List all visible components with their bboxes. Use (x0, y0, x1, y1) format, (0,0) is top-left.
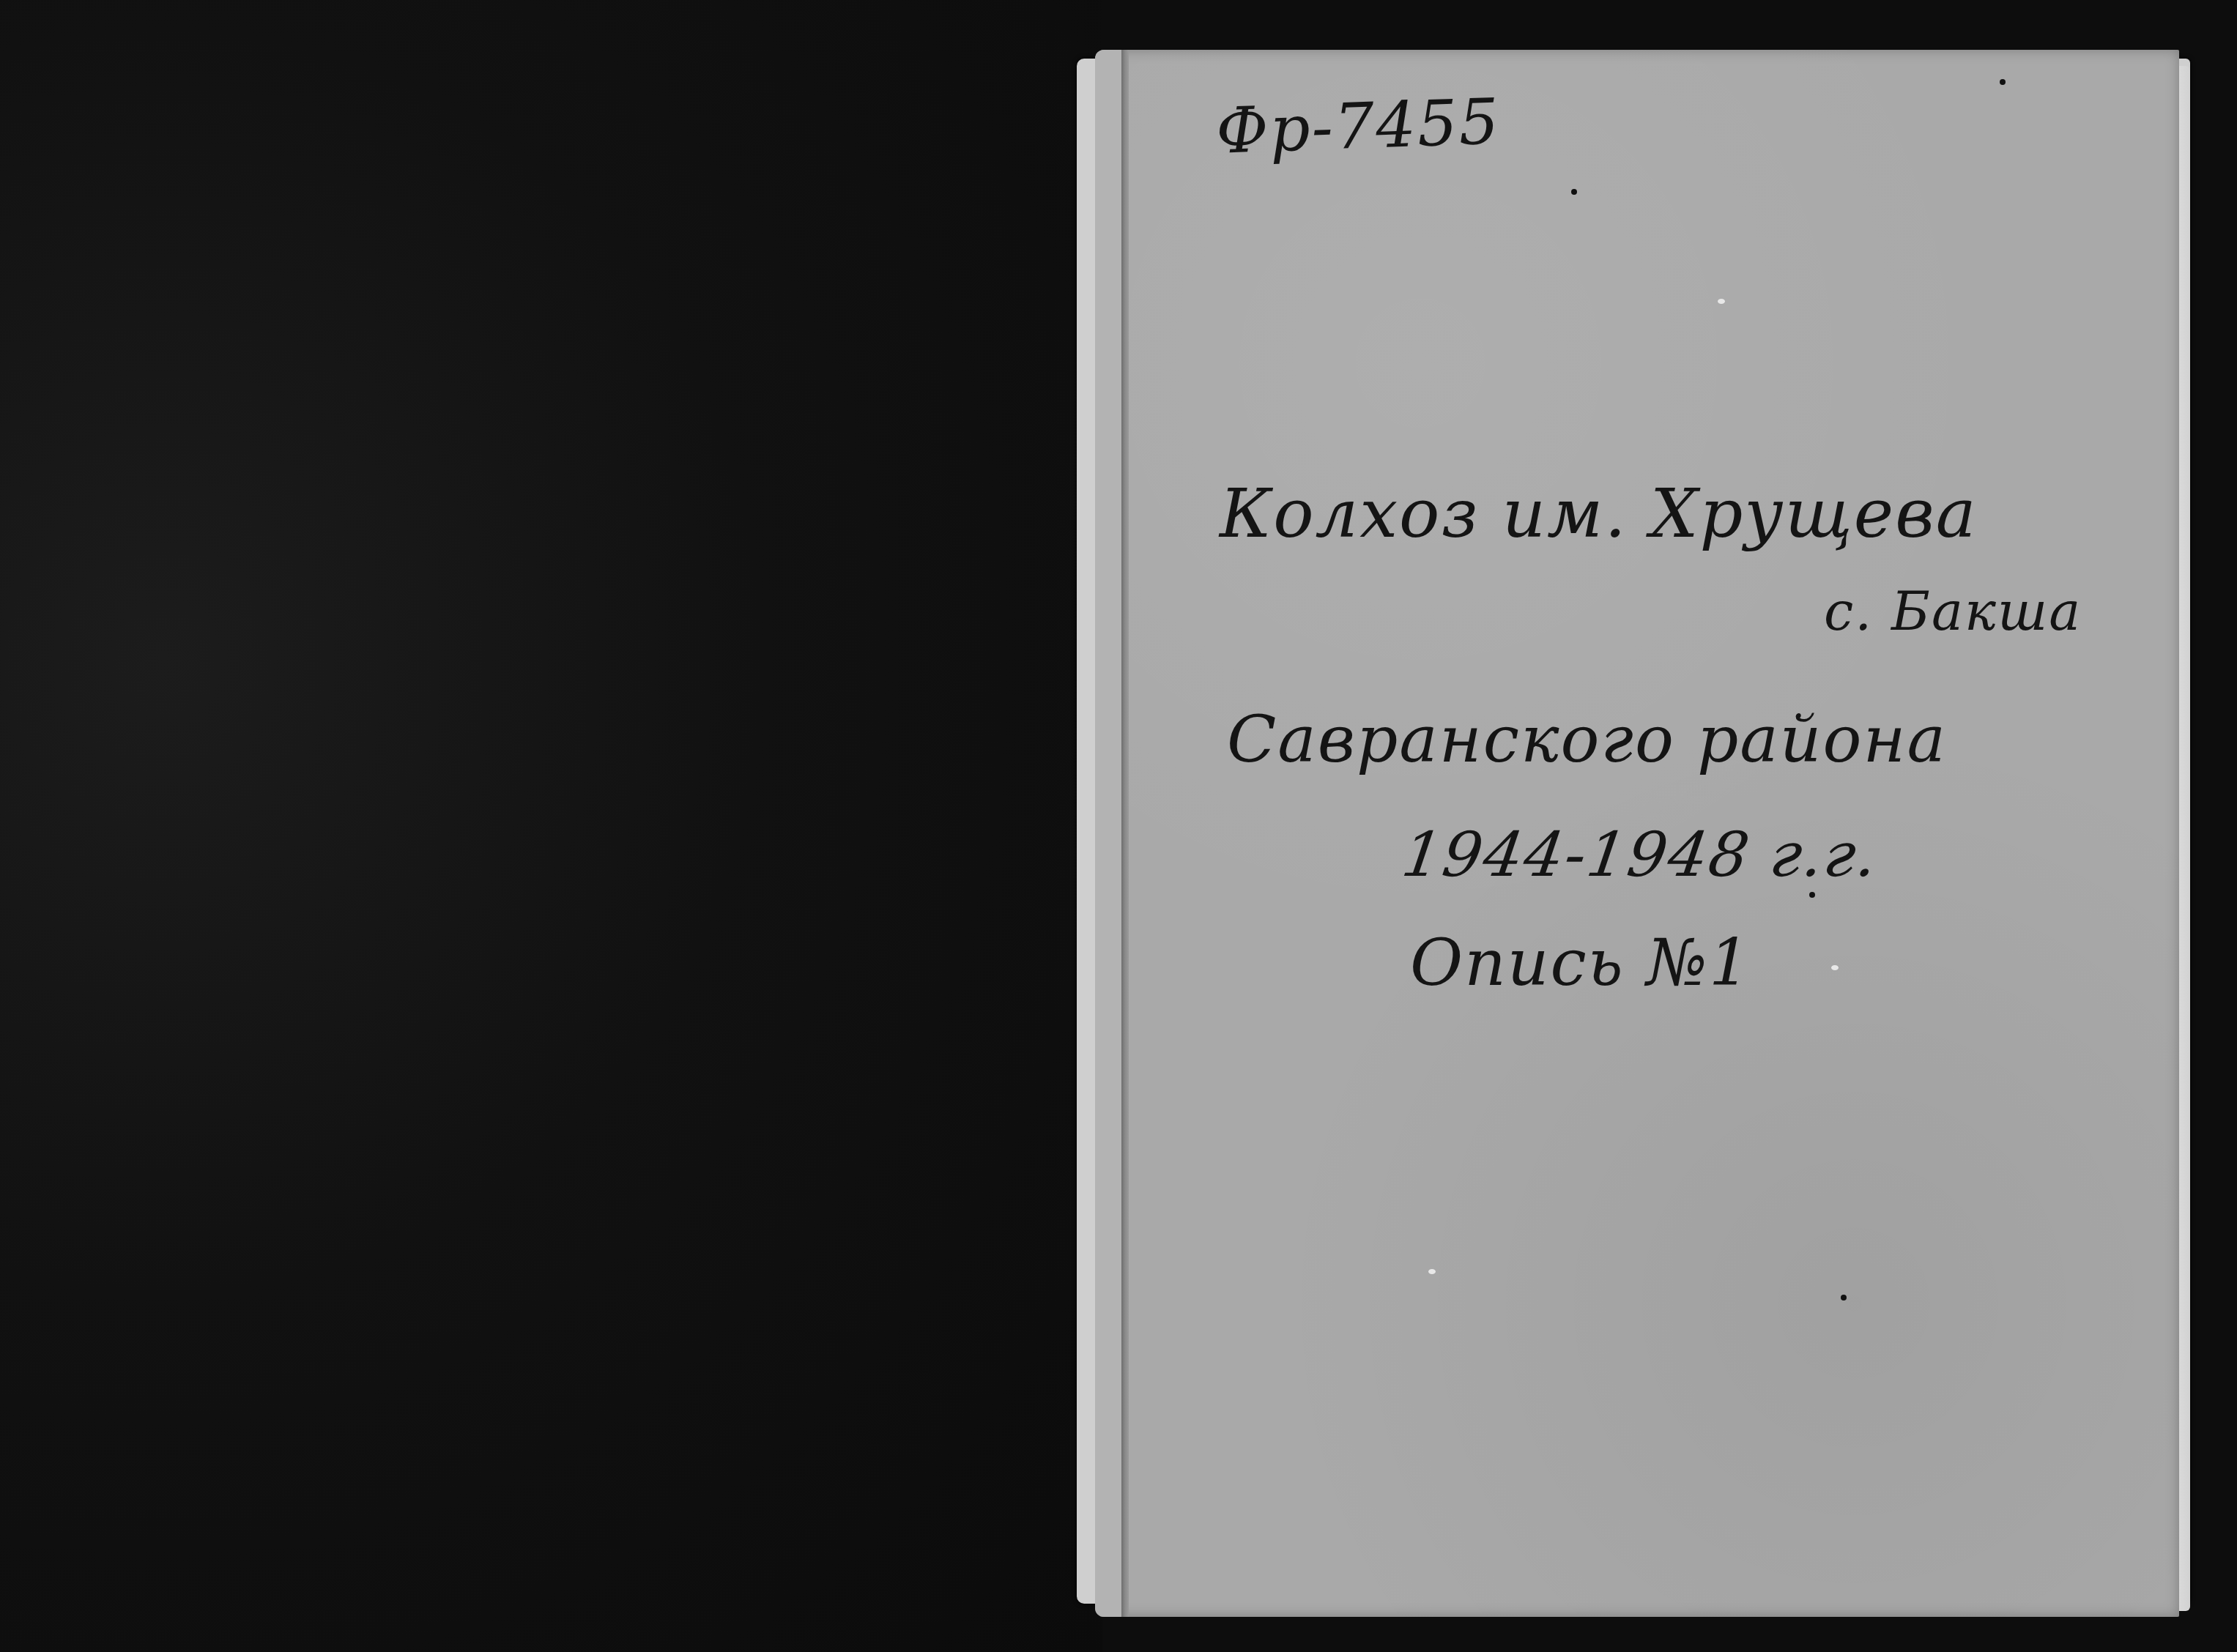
paper-speck (2000, 79, 2006, 85)
fond-number: Фр-7455 (1214, 85, 1502, 168)
cover-spine-groove (1121, 50, 1129, 1617)
paper-fleck (1831, 965, 1839, 970)
inventory-number: Опись №1 (1410, 925, 1751, 1000)
paper-fleck (1428, 1269, 1436, 1274)
collective-farm-name: Колхоз им. Хрущева (1220, 475, 1978, 553)
date-range: 1944-1948 г.г. (1398, 819, 1883, 890)
district-name: Савранского района (1227, 702, 1947, 777)
folder-cover: Фр-7455 Колхоз им. Хрущева с. Бакша Савр… (1095, 50, 2179, 1617)
archive-folder: Фр-7455 Колхоз им. Хрущева с. Бакша Савр… (1095, 50, 2201, 1617)
paper-fleck (1718, 299, 1725, 304)
paper-speck (1809, 892, 1815, 898)
dark-backdrop-left (0, 0, 1102, 1652)
village-name: с. Бакша (1824, 581, 2082, 642)
cover-spine-margin (1095, 50, 1124, 1617)
paper-speck (1841, 1295, 1847, 1301)
paper-speck (1571, 189, 1577, 195)
